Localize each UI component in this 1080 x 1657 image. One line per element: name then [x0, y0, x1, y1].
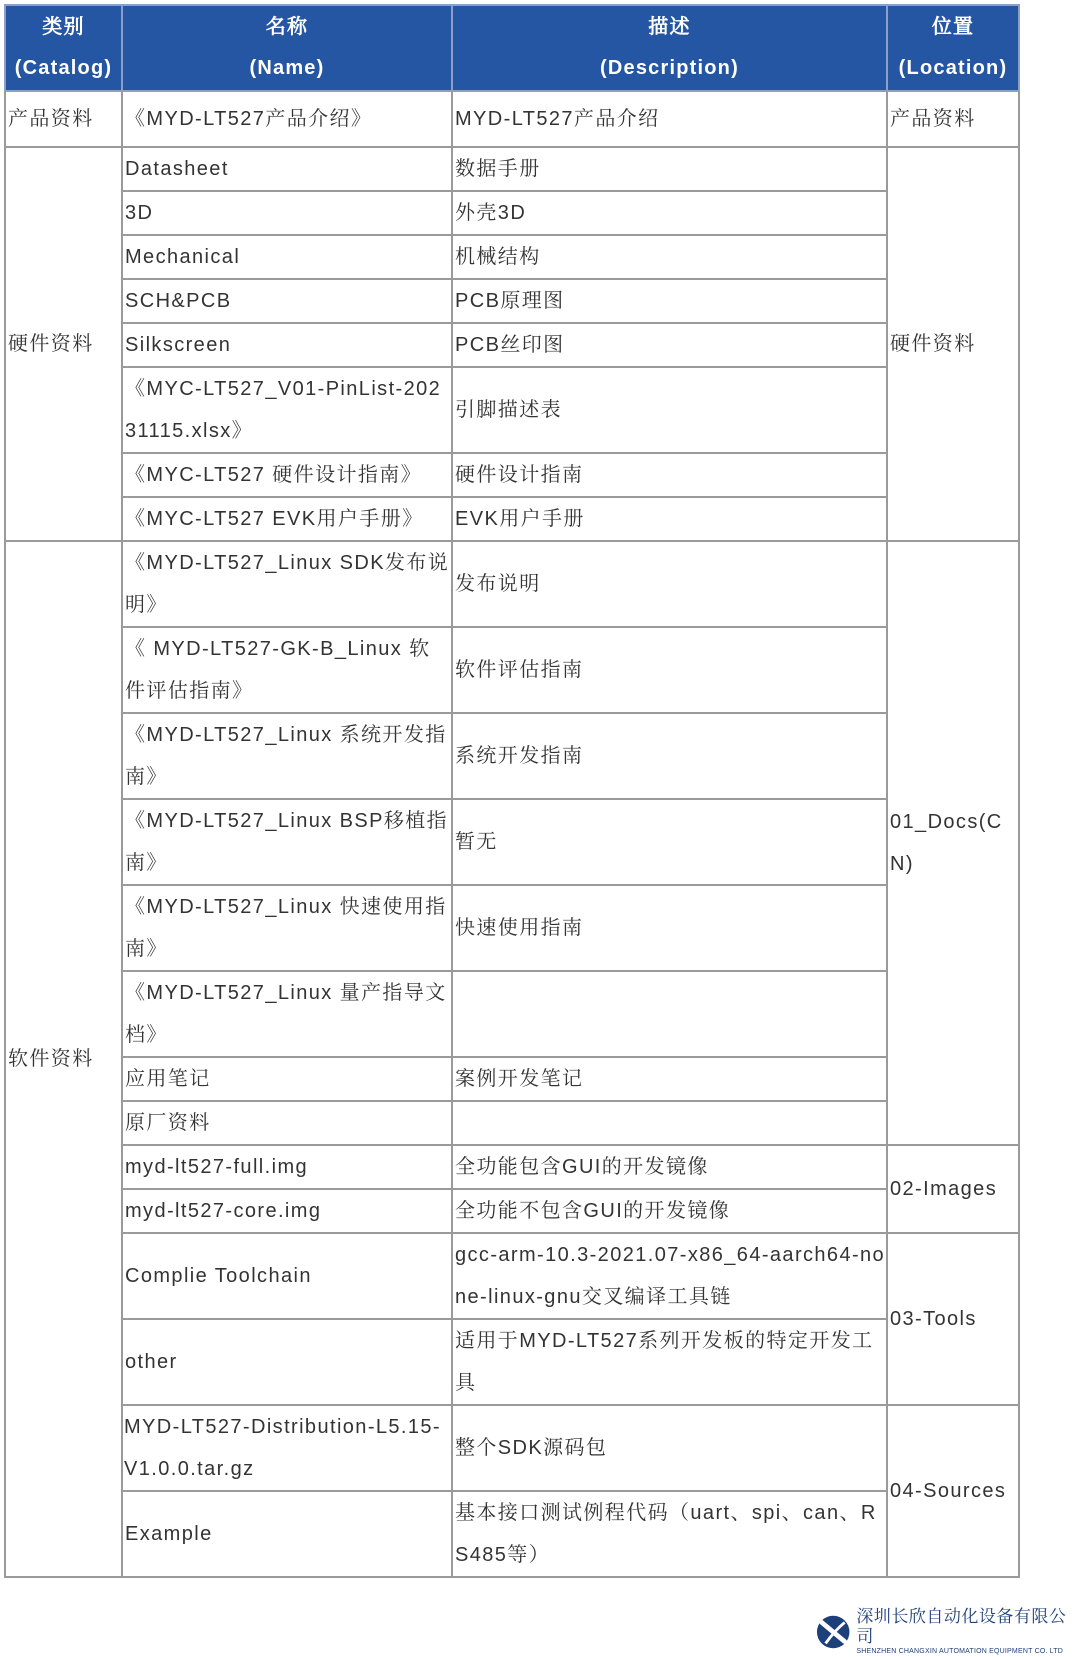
- table-row: SCH&PCB PCB原理图: [5, 279, 1019, 323]
- table-row: Mechanical 机械结构: [5, 235, 1019, 279]
- catalog-cell: 软件资料: [5, 541, 122, 1577]
- catalog-cell: 产品资料: [5, 91, 122, 147]
- name-cell: 《MYC-LT527_V01-PinList-20231115.xlsx》: [122, 367, 452, 453]
- description-cell: 机械结构: [452, 235, 887, 279]
- description-cell: 全功能不包含GUI的开发镜像: [452, 1189, 887, 1233]
- name-cell: MYD-LT527-Distribution-L5.15-V1.0.0.tar.…: [122, 1405, 452, 1491]
- description-cell: 全功能包含GUI的开发镜像: [452, 1145, 887, 1189]
- name-cell: 原厂资料: [122, 1101, 452, 1145]
- name-cell: Example: [122, 1491, 452, 1577]
- name-cell: 《MYD-LT527_Linux SDK发布说明》: [122, 541, 452, 627]
- description-cell: gcc-arm-10.3-2021.07-x86_64-aarch64-none…: [452, 1233, 887, 1319]
- description-cell: 引脚描述表: [452, 367, 887, 453]
- description-cell: 基本接口测试例程代码（uart、spi、can、RS485等）: [452, 1491, 887, 1577]
- name-cell: Datasheet: [122, 147, 452, 191]
- name-cell: 《MYD-LT527_Linux 快速使用指南》: [122, 885, 452, 971]
- table-row: myd-lt527-core.img 全功能不包含GUI的开发镜像: [5, 1189, 1019, 1233]
- description-cell: PCB原理图: [452, 279, 887, 323]
- name-cell: myd-lt527-full.img: [122, 1145, 452, 1189]
- description-cell: 硬件设计指南: [452, 453, 887, 497]
- table-row: Silkscreen PCB丝印图: [5, 323, 1019, 367]
- location-cell: 03-Tools: [887, 1233, 1019, 1405]
- description-cell: 外壳3D: [452, 191, 887, 235]
- table-row: MYD-LT527-Distribution-L5.15-V1.0.0.tar.…: [5, 1405, 1019, 1491]
- header-catalog: 类别(Catalog): [5, 5, 122, 91]
- name-cell: 《 MYD-LT527-GK-B_Linux 软件评估指南》: [122, 627, 452, 713]
- table-row: 《MYD-LT527_Linux BSP移植指南》 暂无: [5, 799, 1019, 885]
- description-cell: 数据手册: [452, 147, 887, 191]
- table-row: 硬件资料 Datasheet 数据手册 硬件资料: [5, 147, 1019, 191]
- name-cell: 应用笔记: [122, 1057, 452, 1101]
- table-row: 软件资料 《MYD-LT527_Linux SDK发布说明》 发布说明 01_D…: [5, 541, 1019, 627]
- location-cell: 02-Images: [887, 1145, 1019, 1233]
- table-row: 《MYC-LT527_V01-PinList-20231115.xlsx》 引脚…: [5, 367, 1019, 453]
- table-row: 《MYC-LT527 EVK用户手册》 EVK用户手册: [5, 497, 1019, 541]
- description-cell: 快速使用指南: [452, 885, 887, 971]
- name-cell: 《MYD-LT527_Linux BSP移植指南》: [122, 799, 452, 885]
- table-row: 3D 外壳3D: [5, 191, 1019, 235]
- description-cell: 发布说明: [452, 541, 887, 627]
- table-row: 原厂资料: [5, 1101, 1019, 1145]
- name-cell: 3D: [122, 191, 452, 235]
- description-cell: PCB丝印图: [452, 323, 887, 367]
- header-description: 描述(Description): [452, 5, 887, 91]
- name-cell: 《MYC-LT527 EVK用户手册》: [122, 497, 452, 541]
- name-cell: other: [122, 1319, 452, 1405]
- table-row: 《MYC-LT527 硬件设计指南》 硬件设计指南: [5, 453, 1019, 497]
- table-row: Example 基本接口测试例程代码（uart、spi、can、RS485等）: [5, 1491, 1019, 1577]
- company-name-cn: 深圳长欣自动化设备有限公司: [856, 1607, 1074, 1647]
- description-cell: 暂无: [452, 799, 887, 885]
- description-cell: [452, 1101, 887, 1145]
- description-cell: 系统开发指南: [452, 713, 887, 799]
- table-row: 《MYD-LT527_Linux 系统开发指南》 系统开发指南: [5, 713, 1019, 799]
- name-cell: myd-lt527-core.img: [122, 1189, 452, 1233]
- header-location: 位置(Location): [887, 5, 1019, 91]
- description-cell: 整个SDK源码包: [452, 1405, 887, 1491]
- name-cell: 《MYD-LT527产品介绍》: [122, 91, 452, 147]
- description-cell: 软件评估指南: [452, 627, 887, 713]
- name-cell: Complie Toolchain: [122, 1233, 452, 1319]
- name-cell: 《MYD-LT527_Linux 系统开发指南》: [122, 713, 452, 799]
- location-cell: 01_Docs(CN): [887, 541, 1019, 1145]
- location-cell: 产品资料: [887, 91, 1019, 147]
- header-name: 名称(Name): [122, 5, 452, 91]
- name-cell: Silkscreen: [122, 323, 452, 367]
- description-cell: EVK用户手册: [452, 497, 887, 541]
- name-cell: Mechanical: [122, 235, 452, 279]
- table-row: 《MYD-LT527_Linux 量产指导文档》: [5, 971, 1019, 1057]
- header-row: 类别(Catalog) 名称(Name) 描述(Description) 位置(…: [5, 5, 1019, 91]
- name-cell: 《MYC-LT527 硬件设计指南》: [122, 453, 452, 497]
- table-row: 《 MYD-LT527-GK-B_Linux 软件评估指南》 软件评估指南: [5, 627, 1019, 713]
- description-cell: MYD-LT527产品介绍: [452, 91, 887, 147]
- table-row: 应用笔记 案例开发笔记: [5, 1057, 1019, 1101]
- description-cell: 适用于MYD-LT527系列开发板的特定开发工具: [452, 1319, 887, 1405]
- company-logo-icon: [816, 1614, 850, 1650]
- table-row: 《MYD-LT527_Linux 快速使用指南》 快速使用指南: [5, 885, 1019, 971]
- name-cell: 《MYD-LT527_Linux 量产指导文档》: [122, 971, 452, 1057]
- location-cell: 04-Sources: [887, 1405, 1019, 1577]
- table-row: myd-lt527-full.img 全功能包含GUI的开发镜像 02-Imag…: [5, 1145, 1019, 1189]
- table-row: 产品资料 《MYD-LT527产品介绍》 MYD-LT527产品介绍 产品资料: [5, 91, 1019, 147]
- name-cell: SCH&PCB: [122, 279, 452, 323]
- company-name-en: SHENZHEN CHANGXIN AUTOMATION EQUIPMENT C…: [856, 1647, 1074, 1657]
- location-cell: 硬件资料: [887, 147, 1019, 541]
- resource-table: 类别(Catalog) 名称(Name) 描述(Description) 位置(…: [4, 4, 1020, 1578]
- table-row: other 适用于MYD-LT527系列开发板的特定开发工具: [5, 1319, 1019, 1405]
- description-cell: 案例开发笔记: [452, 1057, 887, 1101]
- catalog-cell: 硬件资料: [5, 147, 122, 541]
- table-row: Complie Toolchain gcc-arm-10.3-2021.07-x…: [5, 1233, 1019, 1319]
- company-watermark: 深圳长欣自动化设备有限公司 SHENZHEN CHANGXIN AUTOMATI…: [816, 1611, 1074, 1653]
- description-cell: [452, 971, 887, 1057]
